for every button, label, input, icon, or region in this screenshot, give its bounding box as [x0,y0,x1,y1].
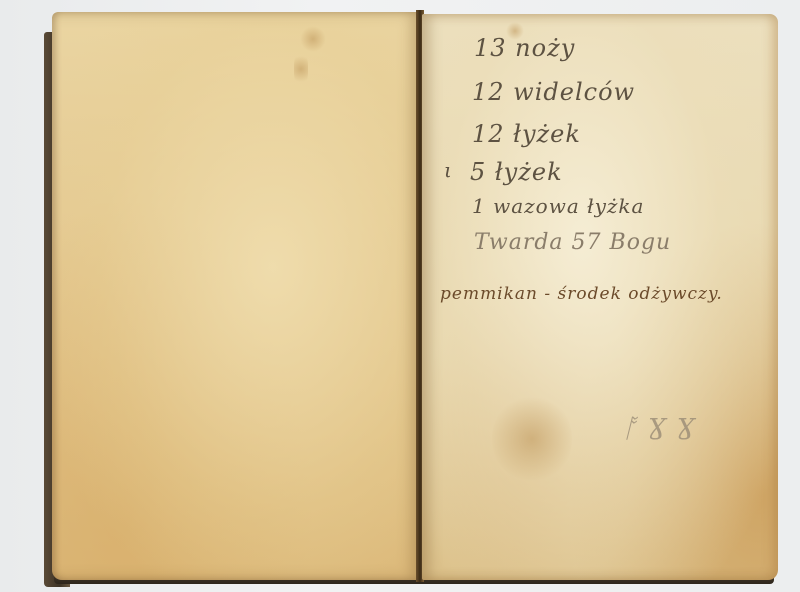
handwritten-line-pemmican: pemmikan - środek odżywczy. [440,284,723,304]
margin-mark: ι [444,158,453,182]
handwritten-line-knives: 13 noży [474,34,575,62]
water-stain-large [492,394,572,484]
water-stain [300,26,326,52]
handwritten-line-spoons: 12 łyżek [472,120,581,148]
handwritten-line-teaspoons: 5 łyżek [470,158,563,186]
pencil-line: Twarda 57 Bogu [474,230,671,255]
notebook: 13 noży 12 widelców 12 łyżek ι 5 łyżek 1… [44,10,782,582]
handwritten-line-ladle: 1 wazowa łyżka [472,194,644,218]
faint-pencil-scribble: ᚩ Ɣ Ɣ [622,414,696,444]
water-stain-drip [294,52,308,86]
right-page: 13 noży 12 widelców 12 łyżek ι 5 łyżek 1… [422,14,778,580]
left-page [52,12,420,580]
handwritten-line-forks: 12 widelców [472,78,635,106]
